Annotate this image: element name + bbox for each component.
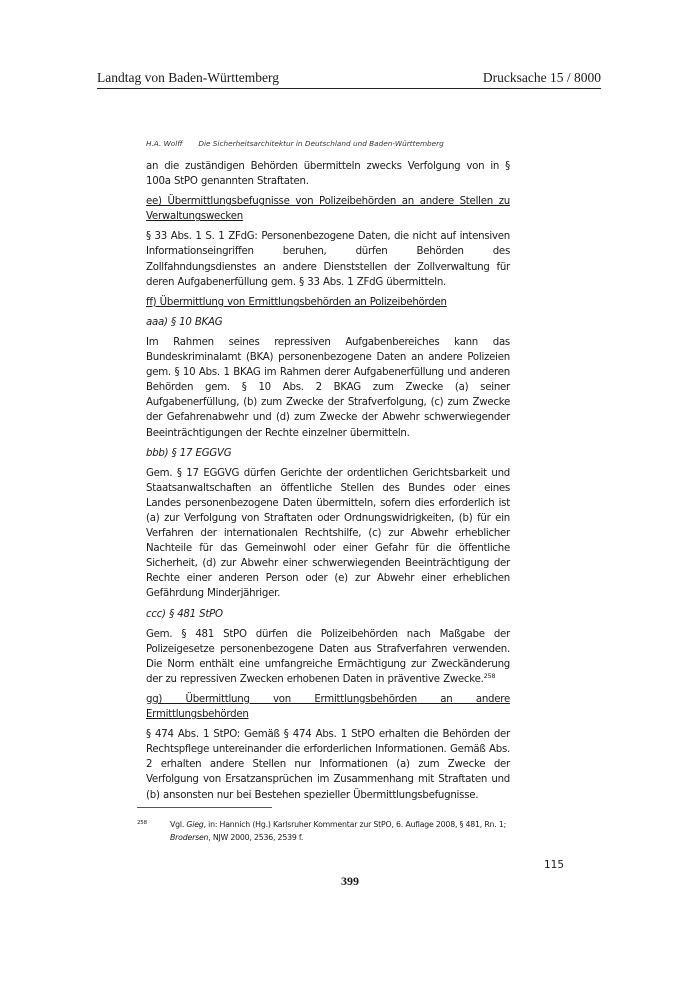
section-heading-ee: ee) Übermittlungsbefugnisse von Polizeib… [146,194,510,224]
paragraph-aaa: Im Rahmen seines repressiven Aufgabenber… [146,335,510,441]
paragraph-bbb: Gem. § 17 EGGVG dürfen Gerichte der orde… [146,466,510,602]
footnote-number: 258 [137,817,147,830]
subsection-heading-aaa: aaa) § 10 BKAG [146,315,510,330]
paragraph-gg: § 474 Abs. 1 StPO: Gemäß § 474 Abs. 1 St… [146,727,510,802]
header-publisher: Landtag von Baden-Württemberg [97,70,279,86]
footnote-post: , NJW 2000, 2536, 2539 f. [208,833,303,842]
running-head-author: H.A. Wolff [146,139,196,148]
inner-page-number: 115 [544,859,564,871]
paragraph-intro: an die zuständigen Behörden übermitteln … [146,159,510,189]
header-document-number: Drucksache 15 / 8000 [483,70,601,86]
footnote-pre: Vgl. [170,820,186,829]
footnote-mid: , in: Hannich (Hg.) Karlsruher Kommentar… [204,820,506,829]
running-head: H.A. Wolff Die Sicherheitsarchitektur in… [146,139,444,148]
section-heading-gg: gg) Übermittlung von Ermittlungsbehörden… [146,692,510,722]
footnote-author-brodersen: Brodersen [170,833,208,842]
section-heading-ff: ff) Übermittlung von Ermittlungsbehörden… [146,295,510,310]
subsection-heading-bbb: bbb) § 17 EGGVG [146,446,510,461]
outer-page-number: 399 [0,874,700,889]
page-header: Landtag von Baden-Württemberg Drucksache… [97,70,601,89]
paragraph-ccc: Gem. § 481 StPO dürfen die Polizeibehörd… [146,627,510,687]
body-text: an die zuständigen Behörden übermitteln … [146,159,510,808]
footnote: 258 Vgl. Gieg, in: Hannich (Hg.) Karlsru… [137,819,510,844]
footnote-separator [137,807,272,808]
footnote-text: Vgl. Gieg, in: Hannich (Hg.) Karlsruher … [170,819,510,844]
subsection-heading-ccc: ccc) § 481 StPO [146,607,510,622]
footnote-reference[interactable]: 258 [484,672,496,680]
paragraph-ccc-text: Gem. § 481 StPO dürfen die Polizeibehörd… [146,629,510,685]
paragraph-ee: § 33 Abs. 1 S. 1 ZFdG: Personenbezogene … [146,229,510,289]
footnote-author-gieg: Gieg [186,820,203,829]
running-head-title: Die Sicherheitsarchitektur in Deutschlan… [198,139,443,148]
